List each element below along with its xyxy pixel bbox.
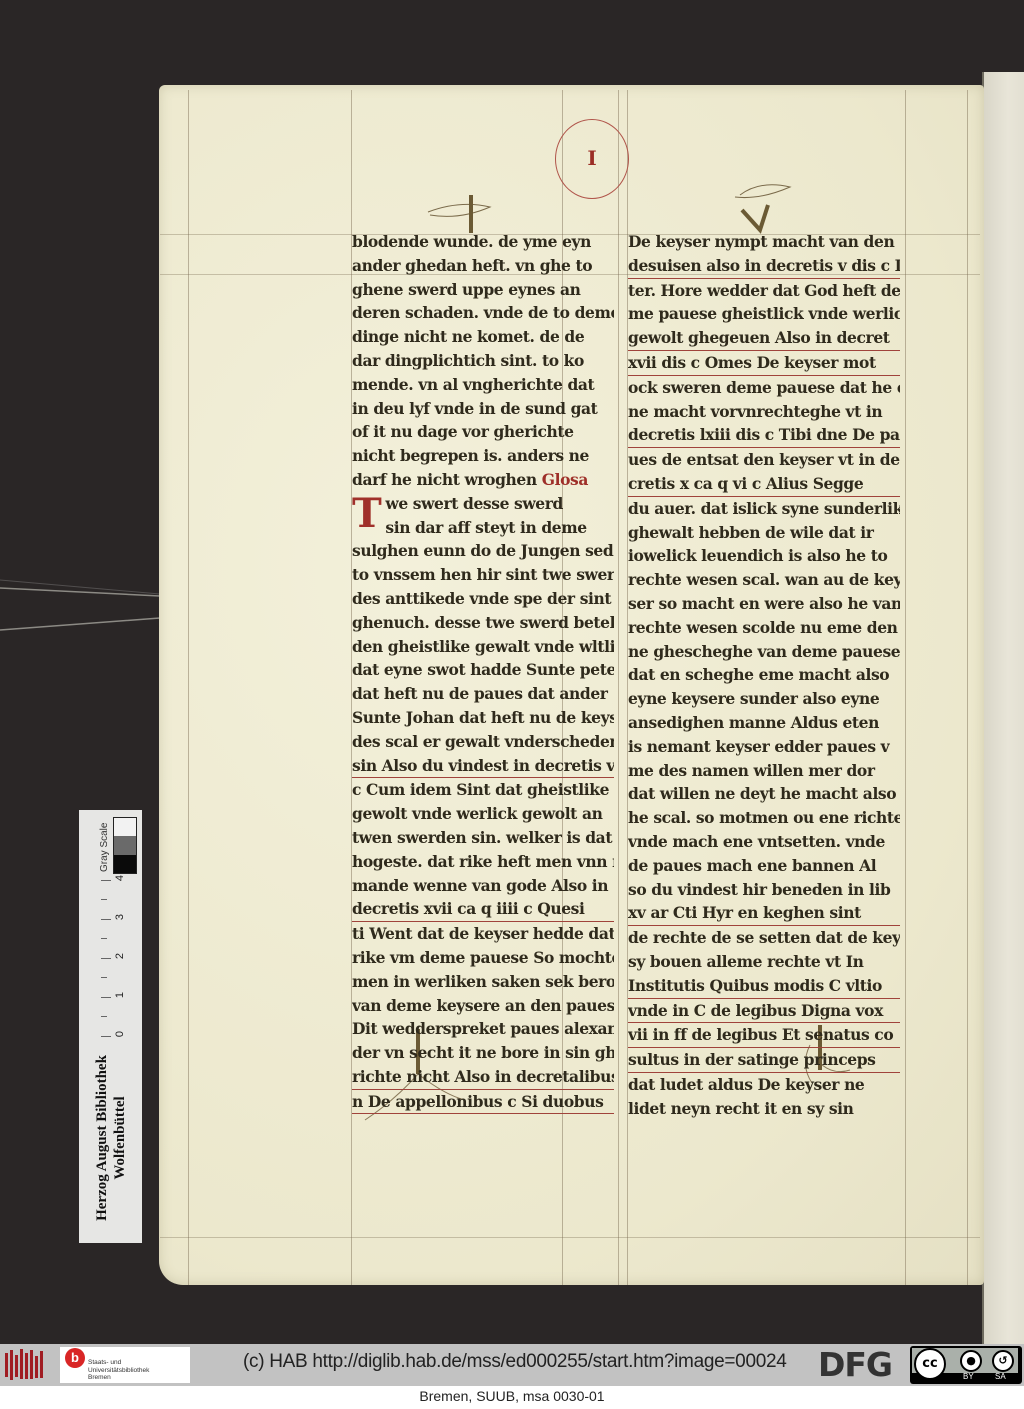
ruling-line (188, 90, 189, 1285)
ruler-tick-0: 0 (114, 1031, 126, 1037)
text-line: Sunte Johan dat heft nu de keyser (352, 706, 614, 730)
text-line: van deme keysere an den paues (352, 994, 614, 1018)
folio-number: I (556, 146, 628, 170)
text-line: is nemant keyser edder paues v (628, 735, 900, 759)
text-line-content: darf he nicht wroghen (352, 470, 537, 489)
text-line: rechte wesen scolde nu eme den (628, 616, 900, 640)
facing-page-edge (982, 72, 1024, 1344)
text-line: mande wenne van gode Also in (352, 874, 614, 898)
institution-name: Herzog August Bibliothek (93, 1055, 111, 1221)
text-line: hogeste. dat rike heft men vnn ne (352, 850, 614, 874)
text-line: des scal er gewalt vnderscheden (352, 730, 614, 754)
text-line: cretis x ca q vi c Alius Segge (628, 472, 900, 497)
text-line: ues de entsat den keyser vt in de (628, 448, 900, 472)
ruling-line (160, 1237, 980, 1238)
text-line: ander ghedan heft. vn ghe to (352, 254, 614, 278)
text-line: sulghen eunn do de Jungen sede (352, 539, 614, 563)
text-line: of it nu dage vor gherichte (352, 420, 614, 444)
text-line: me pauese gheistlick vnde werlick (628, 302, 900, 326)
text-line: xvii dis c Omes De keyser mot (628, 351, 900, 376)
text-line: vii in ff de legibus Et senatus co (628, 1023, 900, 1048)
institution-city: Wolfenbüttel (111, 1055, 129, 1221)
text-line: men in werliken saken sek berope (352, 970, 614, 994)
text-line: so du vindest hir beneden in lib (628, 878, 900, 902)
text-line: Dit wedderspreket paues alexan (352, 1017, 614, 1041)
text-column-right: De keyser nympt macht van den go desuise… (628, 230, 900, 1120)
text-line: deren schaden. vnde de to deme (352, 301, 614, 325)
text-line: ter. Hore wedder dat God heft de (628, 279, 900, 303)
decorated-initial: T (352, 494, 381, 534)
text-line: De keyser nympt macht van den go (628, 230, 900, 254)
text-line: dat en scheghe eme macht also (628, 663, 900, 687)
cc-icon: cc (914, 1348, 946, 1380)
text-line: dat eyne swot hadde Sunte peter (352, 658, 614, 682)
ruling-line (618, 90, 619, 1285)
text-line: n De appellonibus c Si duobus (352, 1090, 614, 1115)
text-line: des anttikede vnde spe der sint (352, 587, 614, 611)
text-line: du auer. dat islick syne sunderlike (628, 497, 900, 521)
text-line: sin dar aff steyt in deme (385, 516, 614, 540)
text-line: me des namen willen mer dor (628, 759, 900, 783)
head-flourish-right (720, 175, 800, 235)
suub-name-line: Universitätsbibliothek (88, 1367, 149, 1375)
suub-name-line: Bremen (88, 1374, 149, 1382)
sa-label: SA (995, 1372, 1006, 1381)
share-alike-icon: ↺ (992, 1350, 1014, 1372)
suub-b-icon: b (65, 1348, 85, 1368)
text-line: ock sweren deme pauese dat he e (628, 376, 900, 400)
text-line: desuisen also in decretis v dis c In (628, 254, 900, 279)
text-line: we swert desse swerd (385, 492, 614, 516)
shelfmark-caption: Bremen, SUUB, msa 0030-01 (0, 1388, 1024, 1404)
text-line: den gheistlike gewalt vnde wltlike (352, 635, 614, 659)
copyright-link[interactable]: (c) HAB http://diglib.hab.de/mss/ed00025… (243, 1351, 787, 1373)
text-line: to vnssem hen hir sint twe swert (352, 563, 614, 587)
text-line: decretis lxiii dis c Tibi dne De pa (628, 423, 900, 448)
text-line: vnde mach ene vntsetten. vnde (628, 830, 900, 854)
text-line: rechte wesen scal. wan au de key (628, 568, 900, 592)
text-line: twen swerden sin. welker is dat (352, 826, 614, 850)
head-flourish-left (420, 185, 500, 235)
text-column-left: blodende wunde. de yme eyn ander ghedan … (352, 230, 614, 1114)
dfg-logo: DFG (818, 1347, 892, 1383)
text-line: sin Also du vindest in decretis v dis (352, 754, 614, 779)
text-line: rike vm deme pauese So mochte (352, 946, 614, 970)
text-line: dat willen ne deyt he macht also (628, 782, 900, 806)
suub-barcode-logo (0, 1347, 60, 1382)
text-line: vnde in C de legibus Digna vox (628, 999, 900, 1024)
ruler-tick-1: 1 (114, 992, 126, 998)
text-line: der vn secht it ne bore in sin ghe (352, 1041, 614, 1065)
ruling-line (905, 90, 906, 1285)
ruling-line (967, 90, 968, 1285)
text-line: ghewalt hebben de wile dat ir (628, 521, 900, 545)
text-line: iowelick leuendich is also he to (628, 544, 900, 568)
text-line: Institutis Quibus modis C vltio (628, 974, 900, 999)
text-line: sultus in der satinge princeps (628, 1048, 900, 1073)
gray-scale-patches (113, 817, 137, 874)
folio-number-circle: I (555, 119, 629, 199)
manuscript-scan: I blodende wunde. de yme eyn ander gheda… (0, 0, 1024, 1344)
ruler-tick-3: 3 (114, 914, 126, 920)
text-line: decretis xvii ca q iiii c Quesi (352, 897, 614, 922)
text-line: gewolt ghegeuen Also in decret (628, 326, 900, 351)
text-line: darf he nicht wroghen Glosa (352, 468, 614, 492)
text-line: blodende wunde. de yme eyn (352, 230, 614, 254)
text-line: ne ghescheghe van deme pauese (628, 640, 900, 664)
text-line: ansedighen manne Aldus eten (628, 711, 900, 735)
text-line: nicht begrepen is. anders ne (352, 444, 614, 468)
text-line: sy bouen alleme rechte vt In (628, 950, 900, 974)
suub-logo-block: b Staats- und Universitätsbibliothek Bre… (60, 1347, 190, 1383)
text-line: dat ludet aldus De keyser ne (628, 1073, 900, 1097)
text-line: he scal. so motmen ou ene richte (628, 806, 900, 830)
text-line: dar dingplichtich sint. to ko (352, 349, 614, 373)
gray-scale-label: Gray Scale (99, 823, 110, 872)
text-line: dat heft nu de paues dat ander (352, 682, 614, 706)
gray-scale-card: Herzog August Bibliothek Wolfenbüttel Gr… (79, 810, 142, 1243)
suub-name: Staats- und Universitätsbibliothek Breme… (88, 1359, 149, 1382)
text-line: dinge nicht ne komet. de de (352, 325, 614, 349)
text-line: in deu lyf vnde in de sund gat (352, 397, 614, 421)
text-line: ghene swerd uppe eynes an (352, 278, 614, 302)
text-line: c Cum idem Sint dat gheistlike (352, 778, 614, 802)
cc-license-badge[interactable]: cc ● ↺ BY SA (910, 1346, 1022, 1384)
text-line: ghenuch. desse twe swerd beteken (352, 611, 614, 635)
text-line: de rechte de se setten dat de keyser (628, 926, 900, 950)
ruler (101, 880, 115, 1038)
ruler-tick-2: 2 (114, 953, 126, 959)
text-line: richte nicht Also in decretalibus lib (352, 1065, 614, 1090)
text-line: gewolt vnde werlick gewolt an (352, 802, 614, 826)
text-line: de paues mach ene bannen Al (628, 854, 900, 878)
glosa-rubric: Glosa (542, 470, 588, 489)
by-label: BY (963, 1372, 974, 1381)
suub-name-line: Staats- und (88, 1359, 149, 1367)
gloss-initial-block: T we swert desse swerd sin dar aff steyt… (352, 492, 614, 540)
text-line: lidet neyn recht it en sy sin (628, 1097, 900, 1121)
text-line: xv ar Cti Hyr en keghen sint (628, 901, 900, 926)
text-line: ser so macht en were also he van (628, 592, 900, 616)
text-line: ti Went dat de keyser hedde dat (352, 922, 614, 946)
text-line: mende. vn al vngherichte dat (352, 373, 614, 397)
text-line: eyne keysere sunder also eyne (628, 687, 900, 711)
attribution-icon: ● (960, 1350, 982, 1372)
ruler-tick-4: 4 (114, 875, 126, 881)
text-line: ne macht vorvnrechteghe vt in (628, 400, 900, 424)
